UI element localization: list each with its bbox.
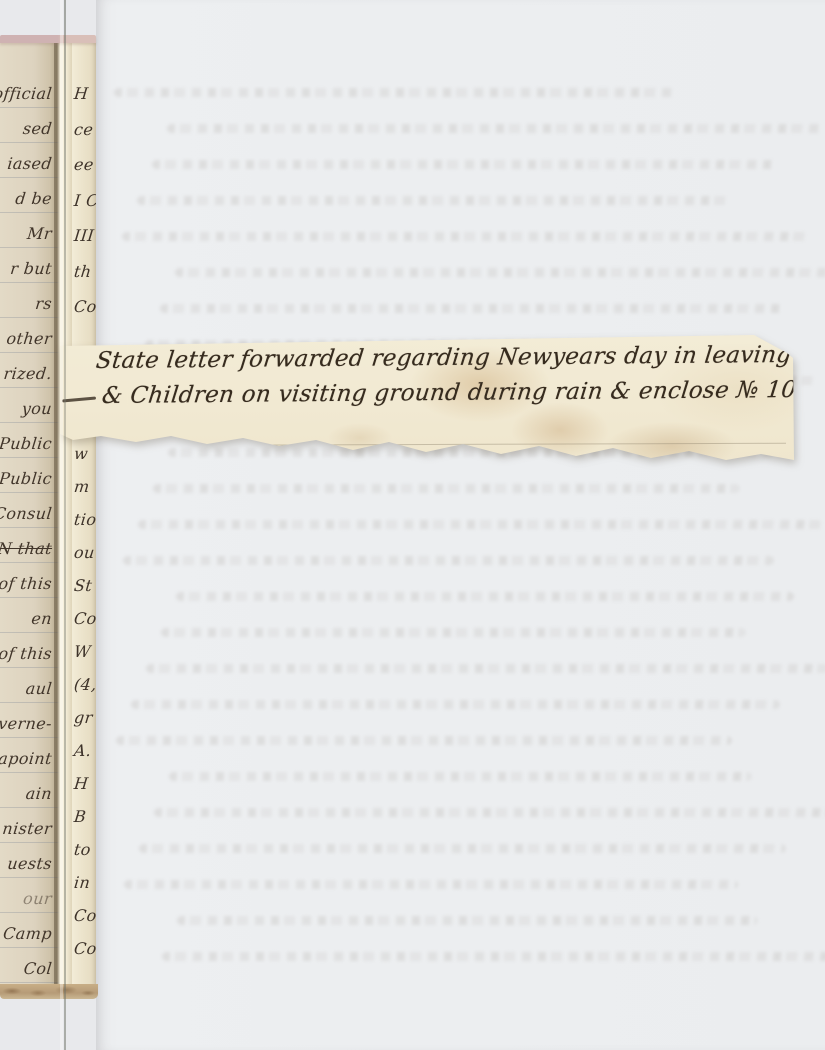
page-fragment: of this [0,574,53,594]
ruled-line [0,667,60,668]
ruled-line [0,177,60,178]
page-fragment: III C [73,226,96,246]
ruled-line [0,597,60,598]
ruled-line [0,632,60,633]
ghost-text-line [124,880,738,889]
ruled-line [0,492,60,493]
ruled-line [0,142,60,143]
page-fragment: Col [0,959,53,979]
page-fragment: iased [0,154,53,174]
ruled-line [0,702,60,703]
ghost-text-line [116,736,732,745]
slip-paper: State letter forwarded regarding Newyear… [60,332,796,466]
ruled-line [0,317,60,318]
page-fragment: rs [0,294,53,314]
ghost-text-line [169,772,752,781]
page-fragment: th [73,262,93,282]
slip-lead-dash [62,397,96,403]
ghost-text-line [138,520,822,529]
ghost-text-line [123,556,774,565]
page-fragment: ce [73,120,94,140]
page-fragment: uests [0,854,53,874]
page-fragment: Co [73,609,96,629]
page-fragment: nister [0,819,53,839]
ruled-line [0,842,60,843]
page-bottom-edge [0,984,98,999]
ghost-text-line [161,628,746,637]
ghost-text-line [162,952,825,961]
page-fragment: Co [73,906,96,926]
ghost-text-line [160,304,782,313]
ruled-line [0,807,60,808]
ruled-line [0,352,60,353]
page-fragment: A. [73,741,93,761]
slip-ruled-line [64,443,786,447]
ghost-text-line [176,592,794,601]
ghost-text-line [139,844,786,853]
page-fragment: y of this [0,644,53,664]
ghost-text-line [131,700,780,709]
ruled-line [0,947,60,948]
page-fragment: ee [73,155,95,175]
page-fragment: Consul [0,504,53,524]
page-fragment: r but [0,259,53,279]
page-fragment: in [73,873,91,893]
slip-ink-dot [773,339,783,347]
page-fragment: you [0,399,53,419]
page-top-edge [0,35,96,43]
document-photo: officialsediasedd beMrr butrsotherrized.… [0,0,825,1050]
paper-slip: State letter forwarded regarding Newyear… [60,332,796,466]
page-fragment: Co [73,939,96,959]
page-fragment: apoint [0,749,53,769]
ruled-line [0,912,60,913]
ghost-text-line [152,160,776,169]
ruled-line [0,212,60,213]
slip-text-line-2: & Children on visiting ground during rai… [100,375,805,411]
ruled-line [0,527,60,528]
ghost-text-line [122,232,810,241]
ghost-text-line [137,196,728,205]
page-fragment: aul [0,679,53,699]
ghost-text-line [146,664,825,673]
ghost-text-line [177,916,758,925]
ruled-line [0,282,60,283]
ruled-line [0,457,60,458]
page-fragment: official [0,84,53,104]
glass-edge [64,0,66,1050]
page-fragment: d be [0,189,53,209]
page-fragment: Co [73,297,96,317]
page-fragment: tio [73,510,96,530]
page-fragment: W [73,642,92,662]
page-fragment: rized. [0,364,53,384]
ruled-line [0,107,60,108]
page-fragment: en [0,609,53,629]
page-fragment: sed [0,119,53,139]
page-fragment: ain [0,784,53,804]
page-fragment: St [73,576,93,596]
ghost-text-line [153,484,740,493]
page-fragment: to [73,840,92,860]
page-fragment: gr [73,708,94,728]
ruled-line [0,982,60,983]
ghost-text-line [154,808,825,817]
ruled-line [0,737,60,738]
page-fragment: Governe- [0,714,53,734]
slip-text-line-1: State letter forwarded regarding Newyear… [94,339,825,376]
page-fragment: in Camp [0,924,53,944]
ghost-text-line [114,88,674,97]
page-fragment: our [0,889,53,909]
glass-edge-highlight [60,0,63,1050]
ruled-line [0,877,60,878]
gutter-crease [54,40,72,988]
ruled-line [0,772,60,773]
page-fragment: Public [0,469,53,489]
page-fragment: Public [0,434,53,454]
ruled-line [0,422,60,423]
right-page-edge: HceeeI CIII CthCowmtioouStCoW(4,grA.HBto… [70,42,96,988]
ruled-line [0,562,60,563]
page-fragment: H [73,774,89,794]
page-fragment: other [0,329,53,349]
ruled-line [0,247,60,248]
ruled-line [0,387,60,388]
page-fragment: I C [73,191,96,211]
ghost-text-line [167,124,824,133]
page-fragment: PN that [0,539,53,559]
page-fragment: Mr [0,224,53,244]
page-fragment: B [73,807,87,827]
page-fragment: ou [73,543,96,563]
blank-overlay-page [96,0,825,1050]
ghost-text-line [175,268,825,277]
page-fragment: m [73,477,91,497]
page-fragment: (4, [73,675,96,695]
page-fragment: H [73,84,89,104]
